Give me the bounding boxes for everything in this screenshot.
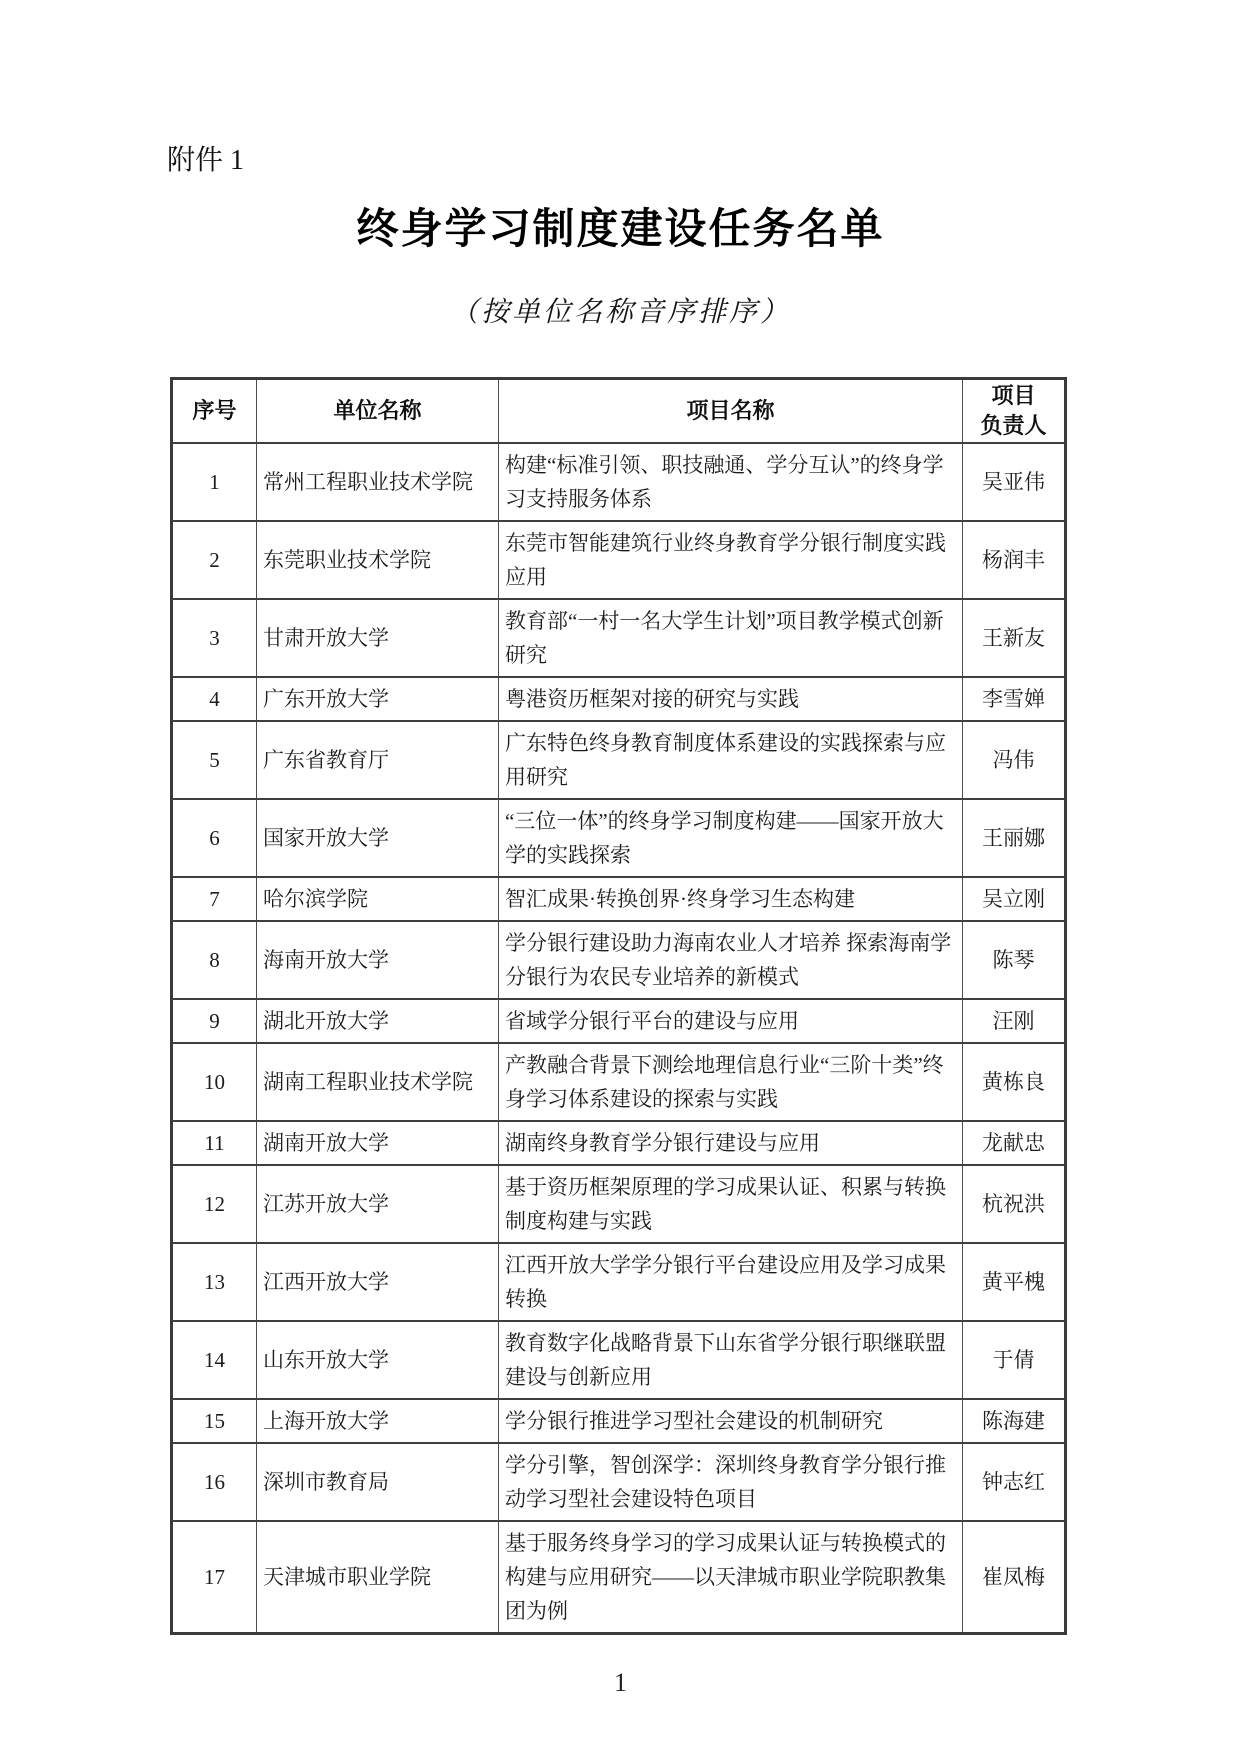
project-cell: 湖南终身教育学分银行建设与应用 xyxy=(499,1121,963,1165)
table-row: 17天津城市职业学院基于服务终身学习的学习成果认证与转换模式的构建与应用研究——… xyxy=(172,1521,1066,1634)
table-row: 11湖南开放大学湖南终身教育学分银行建设与应用龙献忠 xyxy=(172,1121,1066,1165)
index-cell: 4 xyxy=(172,677,257,721)
table-header-row: 序号 单位名称 项目名称 项目 负责人 xyxy=(172,379,1066,443)
table-row: 5广东省教育厅广东特色终身教育制度体系建设的实践探索与应用研究冯伟 xyxy=(172,721,1066,799)
leader-cell: 吴立刚 xyxy=(963,877,1066,921)
unit-cell: 哈尔滨学院 xyxy=(257,877,499,921)
index-cell: 10 xyxy=(172,1043,257,1121)
leader-cell: 龙献忠 xyxy=(963,1121,1066,1165)
leader-cell: 于倩 xyxy=(963,1321,1066,1399)
leader-cell: 杨润丰 xyxy=(963,521,1066,599)
header-leader-line1: 项目 xyxy=(963,381,1064,411)
project-cell: 基于资历框架原理的学习成果认证、积累与转换制度构建与实践 xyxy=(499,1165,963,1243)
header-leader-line2: 负责人 xyxy=(963,411,1064,441)
task-table: 序号 单位名称 项目名称 项目 负责人 1常州工程职业技术学院构建“标准引领、职… xyxy=(170,377,1067,1635)
table-row: 14山东开放大学教育数字化战略背景下山东省学分银行职继联盟建设与创新应用于倩 xyxy=(172,1321,1066,1399)
leader-cell: 汪刚 xyxy=(963,999,1066,1043)
task-table-body: 1常州工程职业技术学院构建“标准引领、职技融通、学分互认”的终身学习支持服务体系… xyxy=(172,443,1066,1634)
index-cell: 1 xyxy=(172,443,257,521)
index-cell: 8 xyxy=(172,921,257,999)
project-cell: 基于服务终身学习的学习成果认证与转换模式的构建与应用研究——以天津城市职业学院职… xyxy=(499,1521,963,1634)
project-cell: 构建“标准引领、职技融通、学分互认”的终身学习支持服务体系 xyxy=(499,443,963,521)
page-title: 终身学习制度建设任务名单 xyxy=(0,196,1241,256)
unit-cell: 上海开放大学 xyxy=(257,1399,499,1443)
leader-cell: 冯伟 xyxy=(963,721,1066,799)
leader-cell: 王丽娜 xyxy=(963,799,1066,877)
unit-cell: 甘肃开放大学 xyxy=(257,599,499,677)
table-row: 1常州工程职业技术学院构建“标准引领、职技融通、学分互认”的终身学习支持服务体系… xyxy=(172,443,1066,521)
unit-cell: 广东开放大学 xyxy=(257,677,499,721)
table-row: 9湖北开放大学省域学分银行平台的建设与应用汪刚 xyxy=(172,999,1066,1043)
index-cell: 14 xyxy=(172,1321,257,1399)
index-cell: 11 xyxy=(172,1121,257,1165)
project-cell: 江西开放大学学分银行平台建设应用及学习成果转换 xyxy=(499,1243,963,1321)
table-row: 10湖南工程职业技术学院产教融合背景下测绘地理信息行业“三阶十类”终身学习体系建… xyxy=(172,1043,1066,1121)
header-index: 序号 xyxy=(172,379,257,443)
leader-cell: 陈海建 xyxy=(963,1399,1066,1443)
table-row: 16深圳市教育局学分引擎，智创深学：深圳终身教育学分银行推动学习型社会建设特色项… xyxy=(172,1443,1066,1521)
unit-cell: 海南开放大学 xyxy=(257,921,499,999)
index-cell: 5 xyxy=(172,721,257,799)
page-number: 1 xyxy=(0,1668,1241,1698)
leader-cell: 李雪婵 xyxy=(963,677,1066,721)
project-cell: 粤港资历框架对接的研究与实践 xyxy=(499,677,963,721)
project-cell: 智汇成果·转换创界·终身学习生态构建 xyxy=(499,877,963,921)
index-cell: 3 xyxy=(172,599,257,677)
unit-cell: 湖北开放大学 xyxy=(257,999,499,1043)
unit-cell: 江西开放大学 xyxy=(257,1243,499,1321)
project-cell: 学分引擎，智创深学：深圳终身教育学分银行推动学习型社会建设特色项目 xyxy=(499,1443,963,1521)
project-cell: 省域学分银行平台的建设与应用 xyxy=(499,999,963,1043)
unit-cell: 常州工程职业技术学院 xyxy=(257,443,499,521)
leader-cell: 黄栋良 xyxy=(963,1043,1066,1121)
unit-cell: 深圳市教育局 xyxy=(257,1443,499,1521)
header-unit: 单位名称 xyxy=(257,379,499,443)
unit-cell: 广东省教育厅 xyxy=(257,721,499,799)
table-row: 3甘肃开放大学教育部“一村一名大学生计划”项目教学模式创新研究王新友 xyxy=(172,599,1066,677)
leader-cell: 杭祝洪 xyxy=(963,1165,1066,1243)
table-row: 4广东开放大学粤港资历框架对接的研究与实践李雪婵 xyxy=(172,677,1066,721)
table-row: 12江苏开放大学基于资历框架原理的学习成果认证、积累与转换制度构建与实践杭祝洪 xyxy=(172,1165,1066,1243)
project-cell: “三位一体”的终身学习制度构建——国家开放大学的实践探索 xyxy=(499,799,963,877)
project-cell: 教育部“一村一名大学生计划”项目教学模式创新研究 xyxy=(499,599,963,677)
project-cell: 广东特色终身教育制度体系建设的实践探索与应用研究 xyxy=(499,721,963,799)
unit-cell: 东莞职业技术学院 xyxy=(257,521,499,599)
unit-cell: 江苏开放大学 xyxy=(257,1165,499,1243)
index-cell: 7 xyxy=(172,877,257,921)
index-cell: 13 xyxy=(172,1243,257,1321)
leader-cell: 吴亚伟 xyxy=(963,443,1066,521)
project-cell: 产教融合背景下测绘地理信息行业“三阶十类”终身学习体系建设的探索与实践 xyxy=(499,1043,963,1121)
index-cell: 15 xyxy=(172,1399,257,1443)
table-row: 15上海开放大学学分银行推进学习型社会建设的机制研究陈海建 xyxy=(172,1399,1066,1443)
page-subtitle: （按单位名称音序排序） xyxy=(0,290,1241,330)
index-cell: 6 xyxy=(172,799,257,877)
index-cell: 2 xyxy=(172,521,257,599)
unit-cell: 山东开放大学 xyxy=(257,1321,499,1399)
unit-cell: 天津城市职业学院 xyxy=(257,1521,499,1634)
index-cell: 9 xyxy=(172,999,257,1043)
project-cell: 学分银行推进学习型社会建设的机制研究 xyxy=(499,1399,963,1443)
table-row: 6国家开放大学“三位一体”的终身学习制度构建——国家开放大学的实践探索王丽娜 xyxy=(172,799,1066,877)
header-project: 项目名称 xyxy=(499,379,963,443)
unit-cell: 国家开放大学 xyxy=(257,799,499,877)
table-row: 2东莞职业技术学院东莞市智能建筑行业终身教育学分银行制度实践应用杨润丰 xyxy=(172,521,1066,599)
leader-cell: 钟志红 xyxy=(963,1443,1066,1521)
unit-cell: 湖南开放大学 xyxy=(257,1121,499,1165)
table-row: 7哈尔滨学院智汇成果·转换创界·终身学习生态构建吴立刚 xyxy=(172,877,1066,921)
attachment-label: 附件 1 xyxy=(167,138,244,178)
leader-cell: 崔凤梅 xyxy=(963,1521,1066,1634)
index-cell: 16 xyxy=(172,1443,257,1521)
leader-cell: 黄平槐 xyxy=(963,1243,1066,1321)
leader-cell: 陈琴 xyxy=(963,921,1066,999)
table-row: 8海南开放大学学分银行建设助力海南农业人才培养 探索海南学分银行为农民专业培养的… xyxy=(172,921,1066,999)
table-row: 13江西开放大学江西开放大学学分银行平台建设应用及学习成果转换黄平槐 xyxy=(172,1243,1066,1321)
unit-cell: 湖南工程职业技术学院 xyxy=(257,1043,499,1121)
document-page: 附件 1 终身学习制度建设任务名单 （按单位名称音序排序） 序号 单位名称 项目… xyxy=(0,0,1241,1754)
project-cell: 学分银行建设助力海南农业人才培养 探索海南学分银行为农民专业培养的新模式 xyxy=(499,921,963,999)
index-cell: 17 xyxy=(172,1521,257,1634)
project-cell: 东莞市智能建筑行业终身教育学分银行制度实践应用 xyxy=(499,521,963,599)
index-cell: 12 xyxy=(172,1165,257,1243)
project-cell: 教育数字化战略背景下山东省学分银行职继联盟建设与创新应用 xyxy=(499,1321,963,1399)
leader-cell: 王新友 xyxy=(963,599,1066,677)
header-leader: 项目 负责人 xyxy=(963,379,1066,443)
